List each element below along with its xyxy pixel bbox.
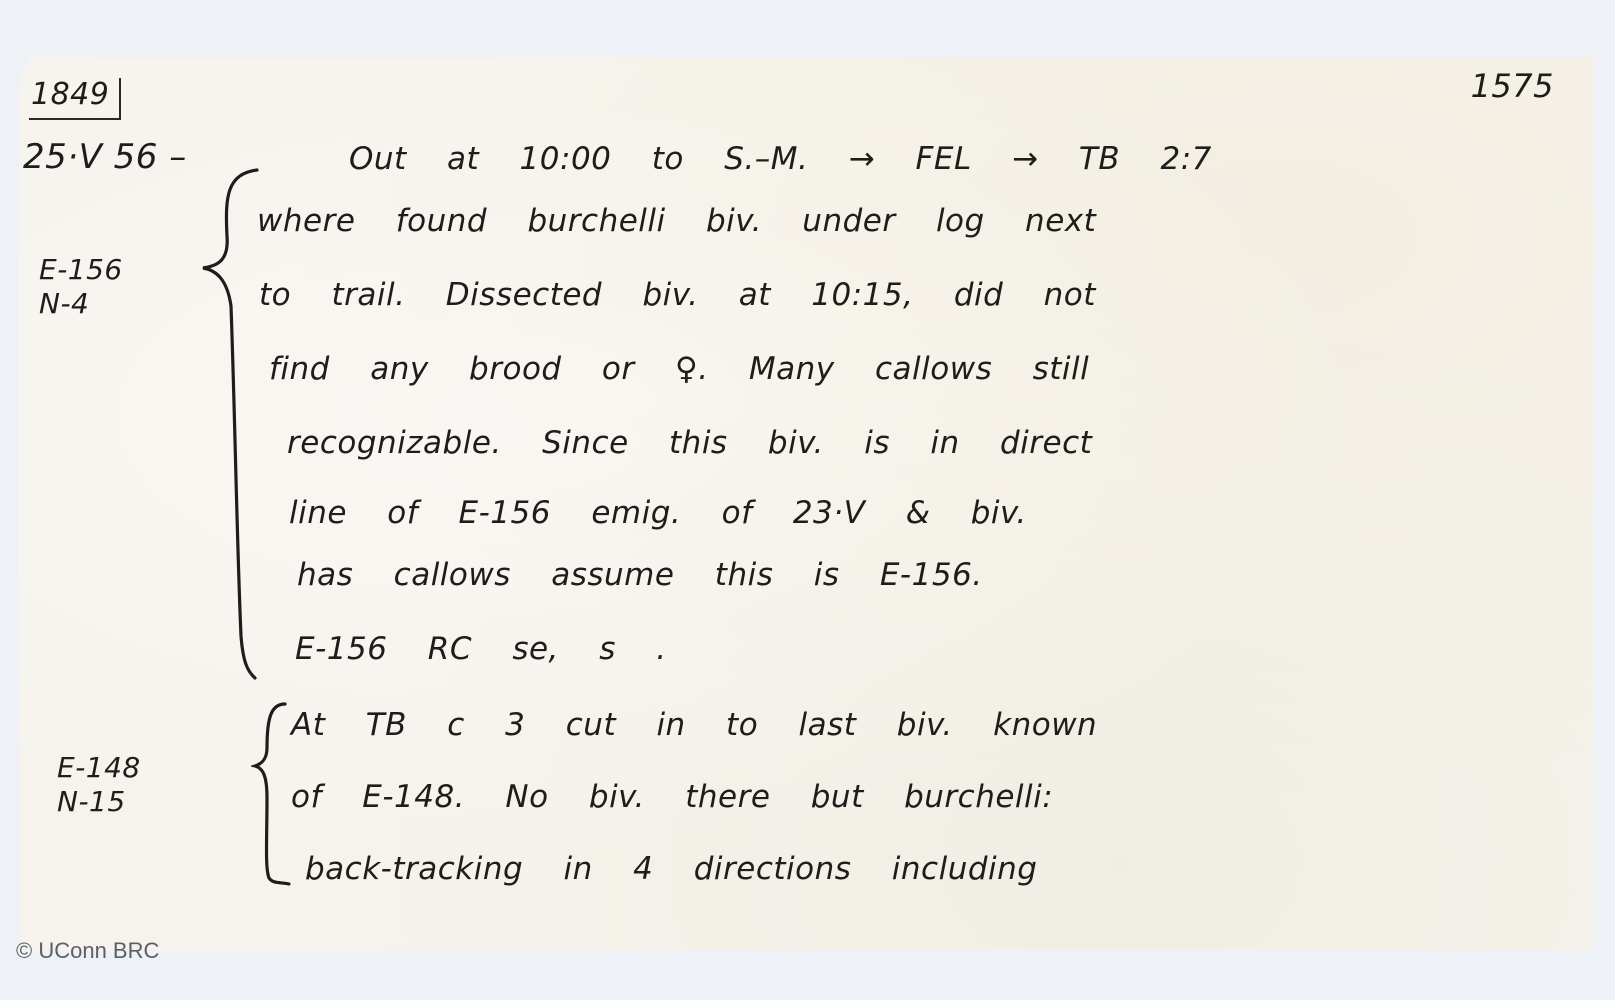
- image-viewer: 1849 1575 25·V 56 – E-156 N-4 E-148 N-15…: [0, 0, 1615, 1000]
- colony-code: E-156: [39, 253, 123, 287]
- card-number: 1849: [29, 78, 121, 120]
- note-line: to trail. Dissected biv. at 10:15, did n…: [259, 280, 1096, 311]
- note-line: recognizable. Since this biv. is in dire…: [287, 428, 1092, 459]
- margin-code-e148: E-148 N-15: [57, 751, 141, 819]
- note-line: has callows assume this is E-156.: [297, 560, 983, 591]
- note-line: where found burchelli biv. under log nex…: [257, 206, 1096, 237]
- card-id: 1575: [1471, 70, 1554, 102]
- nest-code: N-4: [39, 287, 123, 321]
- colony-code: E-148: [57, 751, 141, 785]
- note-line: of E-148. No biv. there but burchelli:: [291, 782, 1053, 813]
- nest-code: N-15: [57, 785, 141, 819]
- note-line: E-156 RC se, s .: [295, 634, 667, 665]
- note-line: find any brood or ♀. Many callows still: [269, 354, 1089, 385]
- entry-date: 25·V 56 –: [23, 140, 187, 174]
- margin-code-e156: E-156 N-4: [39, 253, 123, 321]
- brace-entry-1-icon: [197, 166, 277, 686]
- note-line: back-tracking in 4 directions including: [305, 854, 1037, 885]
- field-note-card: 1849 1575 25·V 56 – E-156 N-4 E-148 N-15…: [19, 58, 1594, 950]
- copyright-credit: © UConn BRC: [16, 938, 159, 964]
- note-line: At TB c 3 cut in to last biv. known: [291, 710, 1097, 741]
- note-line: Out at 10:00 to S.–M. → FEL → TB 2:7: [349, 144, 1212, 175]
- note-line: line of E-156 emig. of 23·V & biv.: [289, 498, 1027, 529]
